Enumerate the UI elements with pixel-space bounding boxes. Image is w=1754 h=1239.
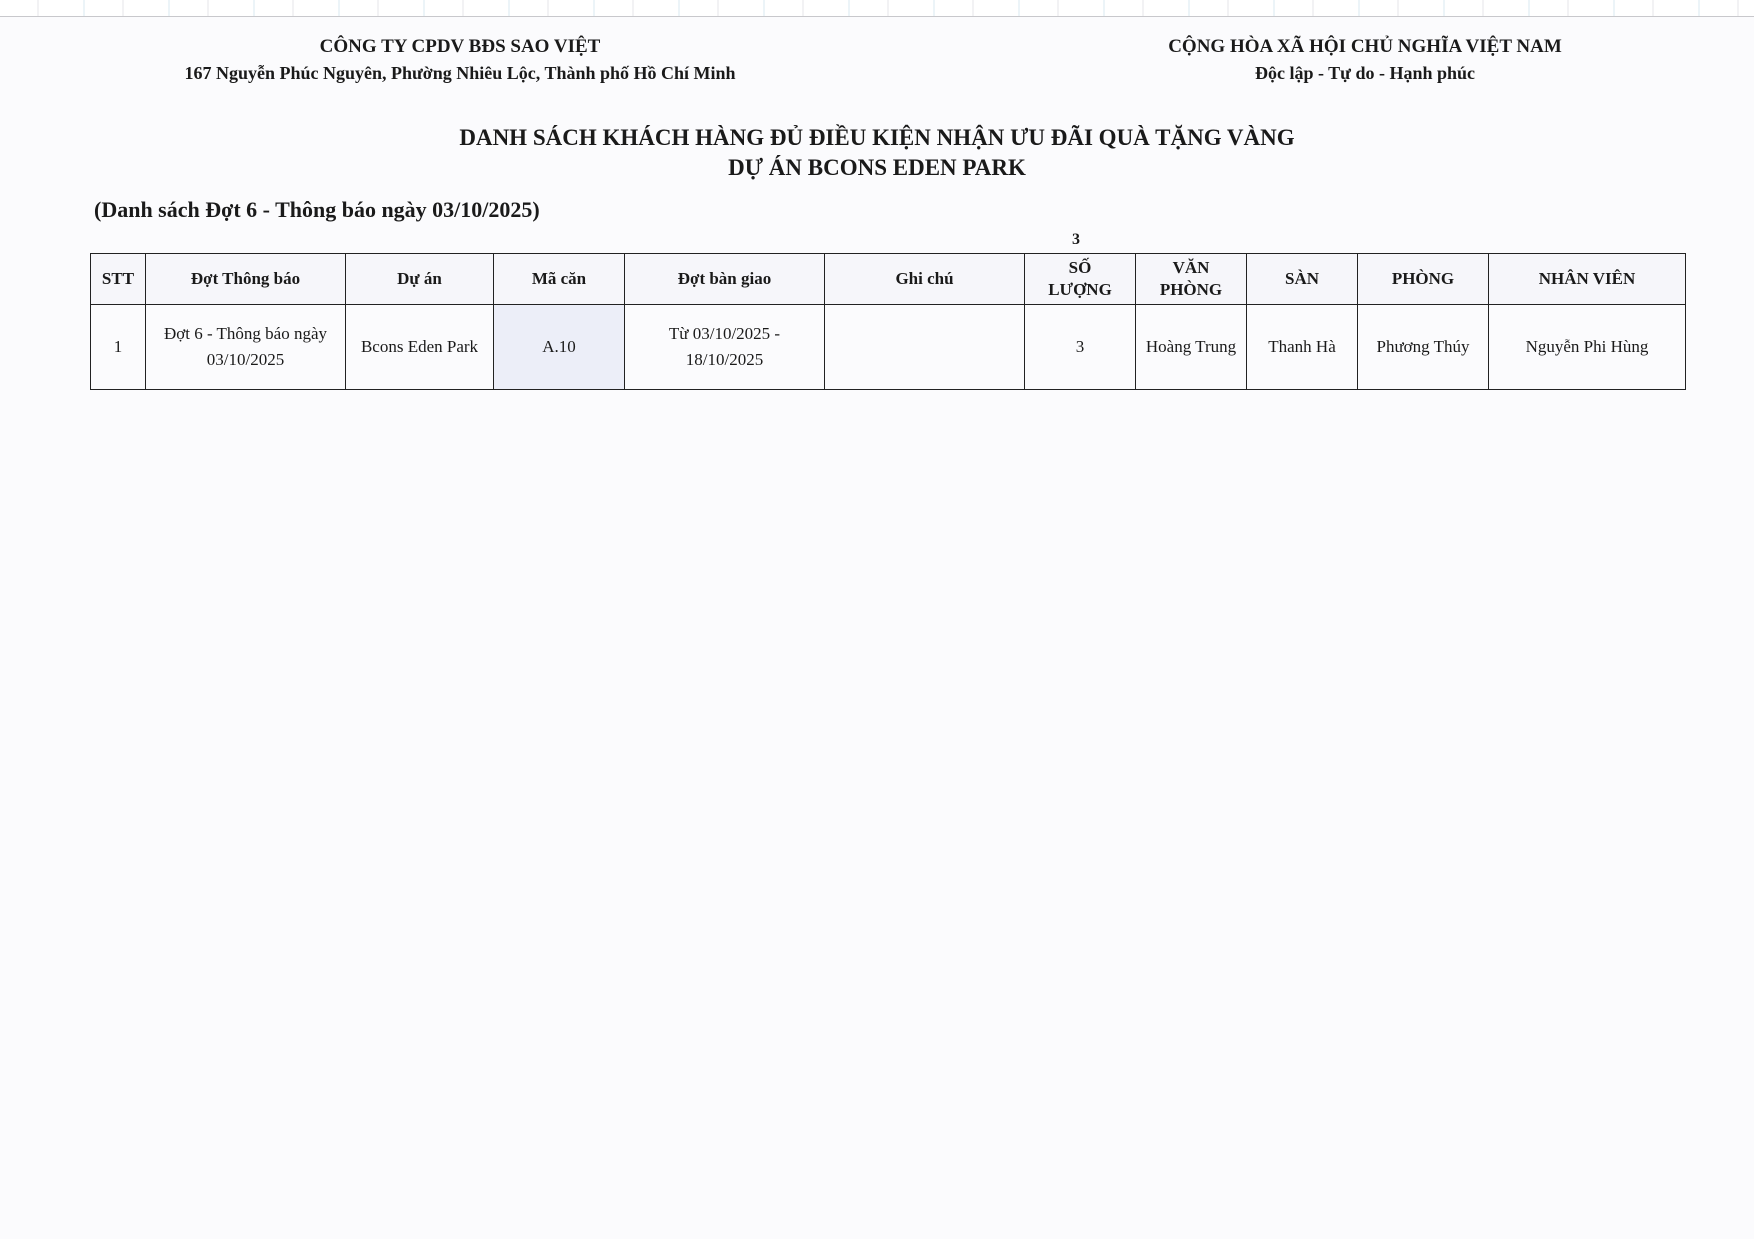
header-dot-thong-bao: Đợt Thông báo [146, 254, 346, 305]
scan-artifact-strip [0, 0, 1754, 17]
list-subtitle: (Danh sách Đợt 6 - Thông báo ngày 03/10/… [94, 197, 540, 223]
header-phong: PHÒNG [1358, 254, 1489, 305]
company-header: CÔNG TY CPDV BĐS SAO VIỆT 167 Nguyễn Phú… [150, 34, 770, 86]
header-van-phong-line2: PHÒNG [1139, 279, 1243, 301]
cell-ghi-chu [825, 305, 1025, 390]
header-san: SÀN [1247, 254, 1358, 305]
title-line-2: DỰ ÁN BCONS EDEN PARK [0, 153, 1754, 183]
cell-san: Thanh Hà [1247, 305, 1358, 390]
table-header-row: STT Đợt Thông báo Dự án Mã căn Đợt bàn g… [91, 254, 1686, 305]
header-van-phong: VĂN PHÒNG [1136, 254, 1247, 305]
table-row: 1 Đợt 6 - Thông báo ngày 03/10/2025 Bcon… [91, 305, 1686, 390]
cell-dot-ban-giao-line1: Từ 03/10/2025 - [628, 321, 821, 347]
cell-so-luong: 3 [1025, 305, 1136, 390]
company-address: 167 Nguyễn Phúc Nguyên, Phường Nhiêu Lộc… [150, 60, 770, 86]
cell-nhan-vien: Nguyễn Phi Hùng [1489, 305, 1686, 390]
total-count: 3 [1040, 231, 1112, 249]
header-du-an: Dự án [346, 254, 494, 305]
company-name: CÔNG TY CPDV BĐS SAO VIỆT [150, 34, 770, 60]
header-van-phong-line1: VĂN [1139, 257, 1243, 279]
header-dot-ban-giao: Đợt bàn giao [625, 254, 825, 305]
header-so-luong-line1: SỐ [1028, 257, 1132, 279]
header-stt: STT [91, 254, 146, 305]
cell-phong: Phương Thúy [1358, 305, 1489, 390]
header-nhan-vien: NHÂN VIÊN [1489, 254, 1686, 305]
header-so-luong-line2: LƯỢNG [1028, 279, 1132, 301]
cell-dot-ban-giao-line2: 18/10/2025 [628, 347, 821, 373]
cell-stt: 1 [91, 305, 146, 390]
nation-name: CỘNG HÒA XÃ HỘI CHỦ NGHĨA VIỆT NAM [1130, 34, 1600, 60]
cell-ma-can: A.10 [494, 305, 625, 390]
header-ghi-chu: Ghi chú [825, 254, 1025, 305]
cell-van-phong: Hoàng Trung [1136, 305, 1247, 390]
national-header: CỘNG HÒA XÃ HỘI CHỦ NGHĨA VIỆT NAM Độc l… [1130, 34, 1600, 86]
header-so-luong: SỐ LƯỢNG [1025, 254, 1136, 305]
cell-dot-thong-bao-line1: Đợt 6 - Thông báo ngày [149, 321, 342, 347]
cell-du-an: Bcons Eden Park [346, 305, 494, 390]
cell-dot-thong-bao-line2: 03/10/2025 [149, 347, 342, 373]
cell-dot-thong-bao: Đợt 6 - Thông báo ngày 03/10/2025 [146, 305, 346, 390]
cell-dot-ban-giao: Từ 03/10/2025 - 18/10/2025 [625, 305, 825, 390]
customer-list-table: STT Đợt Thông báo Dự án Mã căn Đợt bàn g… [90, 253, 1686, 390]
document-title: DANH SÁCH KHÁCH HÀNG ĐỦ ĐIỀU KIỆN NHẬN Ư… [0, 123, 1754, 183]
title-line-1: DANH SÁCH KHÁCH HÀNG ĐỦ ĐIỀU KIỆN NHẬN Ư… [0, 123, 1754, 153]
national-motto: Độc lập - Tự do - Hạnh phúc [1130, 60, 1600, 86]
header-ma-can: Mã căn [494, 254, 625, 305]
